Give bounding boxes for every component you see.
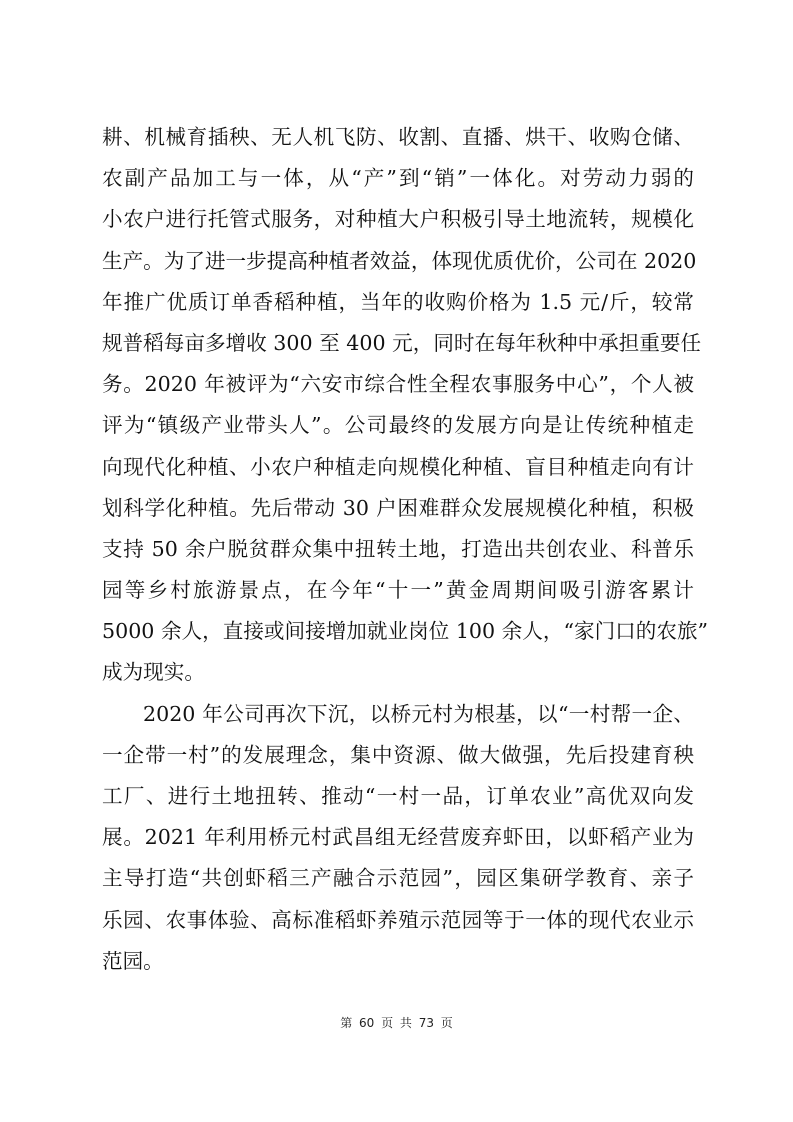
text-line: 小农户进行托管式服务，对种植大户积极引导土地流转，规模化: [102, 199, 694, 240]
text-line: 评为“镇级产业带头人”。公司最终的发展方向是让传统种植走: [102, 405, 694, 446]
text-line: 一企带一村”的发展理念，集中资源、做大做强，先后投建育秧: [102, 735, 694, 776]
page-footer: 第 60 页 共 73 页: [0, 1014, 793, 1031]
paragraph-2: 2020 年公司再次下沉，以桥元村为根基，以“一村帮一企、 一企带一村”的发展理…: [102, 694, 694, 982]
text-line: 规普稻每亩多增收 300 至 400 元，同时在每年秋种中承担重要任: [102, 323, 694, 364]
text-line: 主导打造“共创虾稻三产融合示范园”，园区集研学教育、亲子: [102, 858, 694, 899]
text-line: 年推广优质订单香稻种植，当年的收购价格为 1.5 元/斤，较常: [102, 282, 694, 323]
body-text: 耕、机械育插秧、无人机飞防、收割、直播、烘干、收购仓储、 农副产品加工与一体，从…: [102, 117, 694, 982]
text-line: 支持 50 余户脱贫群众集中扭转土地，打造出共创农业、科普乐: [102, 529, 694, 570]
text-line: 成为现实。: [102, 652, 694, 693]
text-line: 向现代化种植、小农户种植走向规模化种植、盲目种植走向有计: [102, 447, 694, 488]
text-line: 工厂、进行土地扭转、推动“一村一品，订单农业”高优双向发: [102, 776, 694, 817]
text-line: 生产。为了进一步提高种植者效益，体现优质优价，公司在 2020: [102, 241, 694, 282]
text-line: 乐园、农事体验、高标准稻虾养殖示范园等于一体的现代农业示: [102, 900, 694, 941]
text-line: 范园。: [102, 941, 694, 982]
text-line: 农副产品加工与一体，从“产”到“销”一体化。对劳动力弱的: [102, 158, 694, 199]
text-line: 耕、机械育插秧、无人机飞防、收割、直播、烘干、收购仓储、: [102, 117, 694, 158]
text-line: 5000 余人，直接或间接增加就业岗位 100 余人，“家门口的农旅”: [102, 611, 694, 652]
document-page: 耕、机械育插秧、无人机飞防、收割、直播、烘干、收购仓储、 农副产品加工与一体，从…: [0, 0, 793, 1122]
paragraph-1: 耕、机械育插秧、无人机飞防、收割、直播、烘干、收购仓储、 农副产品加工与一体，从…: [102, 117, 694, 694]
text-line: 2020 年公司再次下沉，以桥元村为根基，以“一村帮一企、: [102, 694, 694, 735]
text-line: 务。2020 年被评为“六安市综合性全程农事服务中心”，个人被: [102, 364, 694, 405]
text-line: 划科学化种植。先后带动 30 户困难群众发展规模化种植，积极: [102, 488, 694, 529]
text-line: 展。2021 年利用桥元村武昌组无经营废弃虾田，以虾稻产业为: [102, 817, 694, 858]
text-line: 园等乡村旅游景点，在今年“十一”黄金周期间吸引游客累计: [102, 570, 694, 611]
